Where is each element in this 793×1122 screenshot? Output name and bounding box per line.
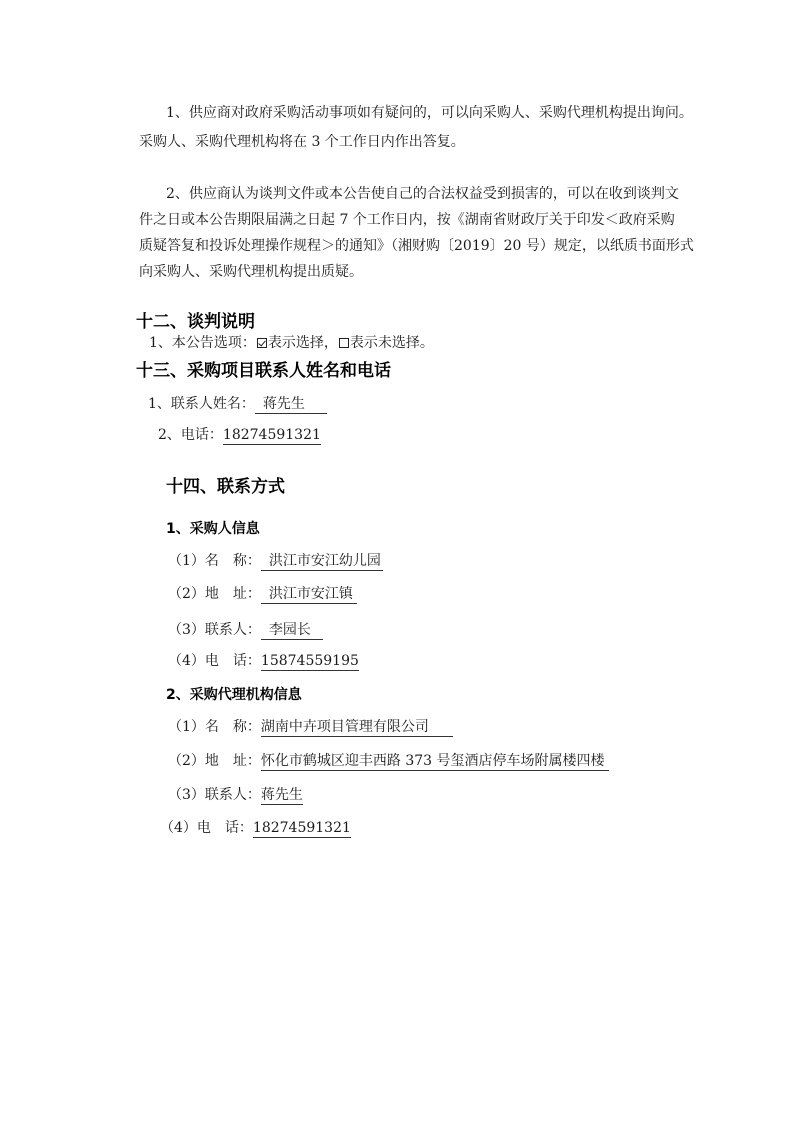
agency-phone-line: （4）电 话：18274591321 (160, 818, 351, 838)
negotiation-note: 1、本公告选项：表示选择，表示未选择。 (149, 333, 434, 353)
checked-box-icon (257, 338, 267, 348)
agency-phone-label: （4）电 话： (160, 820, 253, 836)
purchaser-phone-value: 15874559195 (261, 653, 359, 671)
contact-phone-value: 18274591321 (223, 427, 321, 445)
unchecked-box-icon (339, 338, 349, 348)
agency-address-value: 怀化市鹤城区迎丰西路 373 号玺酒店停车场附属楼四楼 (261, 753, 609, 771)
purchaser-phone-line: （4）电 话：15874559195 (168, 651, 359, 671)
inquiry-para2-line4: 向采购人、采购代理机构提出质疑。 (139, 262, 363, 282)
inquiry-para1-line1: 1、供应商对政府采购活动事项如有疑问的，可以向采购人、采购代理机构提出询问。 (166, 103, 693, 123)
purchaser-name-label: （1）名 称： (168, 553, 261, 569)
note-unchecked-text: 表示未选择。 (350, 335, 434, 351)
note-prefix: 1、本公告选项： (149, 335, 256, 351)
inquiry-para1-line2: 采购人、采购代理机构将在 3 个工作日内作出答复。 (139, 132, 465, 152)
agency-contact-value: 蒋先生 (261, 787, 303, 805)
purchaser-heading: 1、采购人信息 (166, 518, 260, 538)
contact-name-line: 1、联系人姓名：蒋先生 (148, 394, 327, 414)
contact-name-label: 1、联系人姓名： (148, 396, 255, 412)
purchaser-phone-label: （4）电 话： (168, 653, 261, 669)
inquiry-para2-line1: 2、供应商认为谈判文件或本公告使自己的合法权益受到损害的，可以在收到谈判文 (166, 184, 679, 204)
purchaser-name-line: （1）名 称：洪江市安江幼儿园 (168, 551, 383, 571)
purchaser-address-value: 洪江市安江镇 (261, 586, 357, 604)
contact-person-heading: 十三、采购项目联系人姓名和电话 (136, 356, 391, 381)
purchaser-contact-label: （3）联系人： (168, 622, 261, 638)
purchaser-address-line: （2）地 址：洪江市安江镇 (168, 584, 357, 604)
agency-name-label: （1）名 称： (168, 719, 261, 735)
note-checked-text: 表示选择， (268, 335, 338, 351)
purchaser-address-label: （2）地 址： (168, 586, 261, 602)
agency-contact-line: （3）联系人：蒋先生 (168, 785, 303, 805)
agency-name-value: 湖南中卉项目管理有限公司 (261, 719, 453, 737)
purchaser-contact-value: 李园长 (261, 622, 323, 640)
agency-name-line: （1）名 称：湖南中卉项目管理有限公司 (168, 717, 453, 737)
agency-contact-label: （3）联系人： (168, 787, 261, 803)
agency-phone-value: 18274591321 (253, 820, 351, 838)
inquiry-para2-line2: 件之日或本公告期限届满之日起 7 个工作日内，按《湖南省财政厅关于印发＜政府采购 (139, 210, 675, 230)
negotiation-heading: 十二、谈判说明 (136, 307, 255, 332)
agency-address-line: （2）地 址：怀化市鹤城区迎丰西路 373 号玺酒店停车场附属楼四楼 (168, 751, 609, 771)
contact-phone-line: 2、电话：18274591321 (158, 425, 321, 445)
agency-heading: 2、采购代理机构信息 (166, 684, 302, 704)
contact-name-value: 蒋先生 (255, 396, 327, 414)
purchaser-contact-line: （3）联系人：李园长 (168, 620, 323, 640)
contact-phone-label: 2、电话： (158, 427, 223, 443)
purchaser-name-value: 洪江市安江幼儿园 (261, 553, 383, 571)
inquiry-para2-line3: 质疑答复和投诉处理操作规程＞的通知》（湘财购〔2019〕20 号）规定，以纸质书… (139, 236, 694, 256)
contact-methods-heading: 十四、联系方式 (166, 472, 285, 497)
agency-address-label: （2）地 址： (168, 753, 261, 769)
